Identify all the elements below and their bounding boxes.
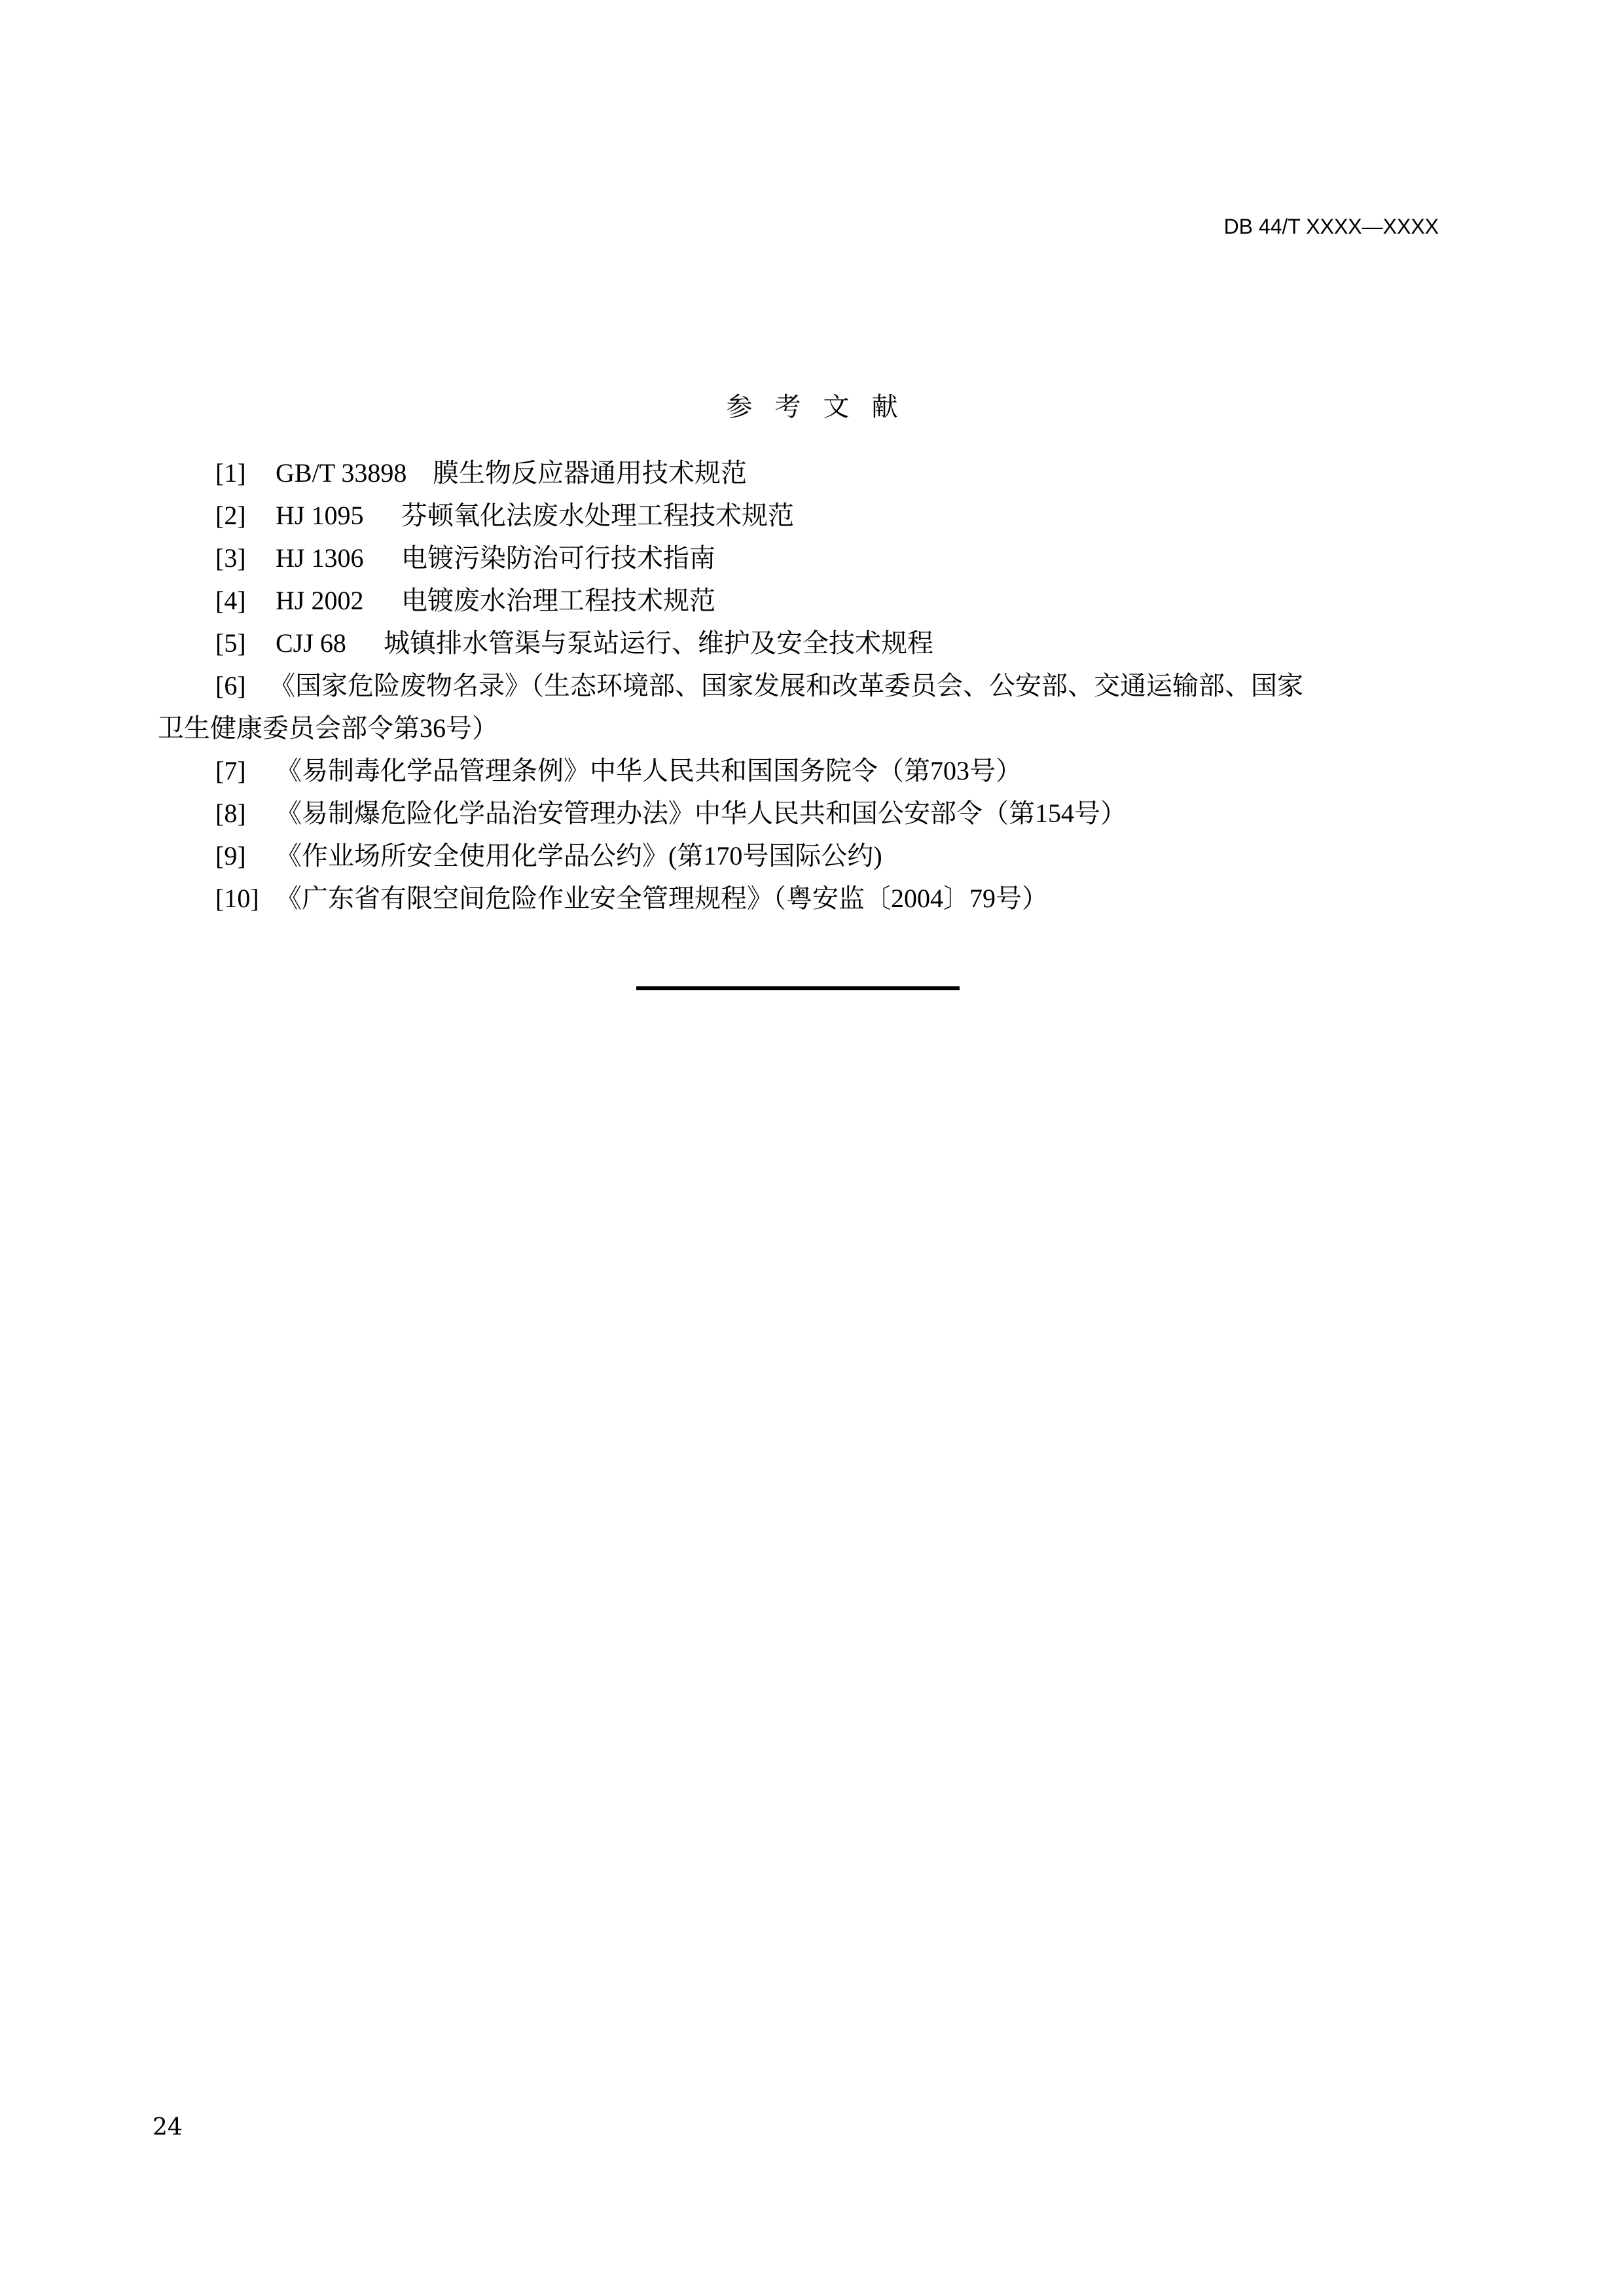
reference-code: CJJ 68 — [276, 622, 346, 664]
reference-title-continued: 卫生健康委员会部令第36号） — [158, 707, 1449, 749]
reference-number: [7] — [215, 749, 246, 792]
reference-title: 《广东省有限空间危险作业安全管理规程》（粤安监〔2004〕79号） — [276, 877, 1048, 920]
reference-number: [10] — [215, 877, 259, 920]
reference-item: [8] 《易制爆危险化学品治安管理办法》中华人民共和国公安部令（第154号） — [158, 792, 1449, 834]
reference-title: 芬顿氧化法废水处理工程技术规范 — [401, 494, 794, 537]
document-code-header: DB 44/T XXXX—XXXX — [1224, 215, 1439, 239]
reference-title: 《易制爆危险化学品治安管理办法》中华人民共和国公安部令（第154号） — [276, 792, 1127, 834]
reference-number: [5] — [215, 622, 246, 664]
reference-number: [3] — [215, 537, 246, 579]
reference-code: HJ 1306 — [276, 537, 363, 579]
reference-number: [6] — [215, 664, 246, 707]
end-of-document-rule — [636, 986, 960, 990]
reference-title: 《易制毒化学品管理条例》中华人民共和国国务院令（第703号） — [276, 749, 1022, 792]
reference-title: 电镀污染防治可行技术指南 — [401, 537, 715, 579]
reference-code: HJ 1095 — [276, 494, 363, 537]
reference-item: [3] HJ 1306 电镀污染防治可行技术指南 — [158, 537, 1449, 579]
reference-number: [9] — [215, 834, 246, 877]
reference-item: [1] GB/T 33898 膜生物反应器通用技术规范 — [158, 452, 1449, 494]
reference-item: [4] HJ 2002 电镀废水治理工程技术规范 — [158, 579, 1449, 622]
reference-title: 膜生物反应器通用技术规范 — [433, 452, 747, 494]
reference-number: [4] — [215, 579, 246, 622]
reference-item: [7] 《易制毒化学品管理条例》中华人民共和国国务院令（第703号） — [158, 749, 1449, 792]
reference-number: [1] — [215, 452, 246, 494]
reference-number: [8] — [215, 792, 246, 834]
reference-item: [9] 《作业场所安全使用化学品公约》(第170号国际公约) — [158, 834, 1449, 877]
reference-title: 城镇排水管渠与泵站运行、维护及安全技术规程 — [384, 622, 933, 664]
reference-list: [1] GB/T 33898 膜生物反应器通用技术规范 [2] HJ 1095 … — [158, 452, 1449, 920]
reference-item: [10] 《广东省有限空间危险作业安全管理规程》（粤安监〔2004〕79号） — [158, 877, 1449, 920]
reference-code: HJ 2002 — [276, 579, 363, 622]
page-number: 24 — [153, 2114, 183, 2141]
reference-title: 《作业场所安全使用化学品公约》(第170号国际公约) — [276, 834, 882, 877]
reference-item: [6] 《国家危险废物名录》（生态环境部、国家发展和改革委员会、公安部、交通运输… — [158, 664, 1449, 749]
reference-item: [5] CJJ 68 城镇排水管渠与泵站运行、维护及安全技术规程 — [158, 622, 1449, 664]
reference-code: GB/T 33898 — [276, 452, 406, 494]
reference-number: [2] — [215, 494, 246, 537]
reference-title: 电镀废水治理工程技术规范 — [401, 579, 715, 622]
reference-item: [2] HJ 1095 芬顿氧化法废水处理工程技术规范 — [158, 494, 1449, 537]
page-title: 参考文献 — [0, 386, 1624, 423]
reference-title: 《国家危险废物名录》（生态环境部、国家发展和改革委员会、公安部、交通运输部、国家 — [269, 664, 1303, 707]
